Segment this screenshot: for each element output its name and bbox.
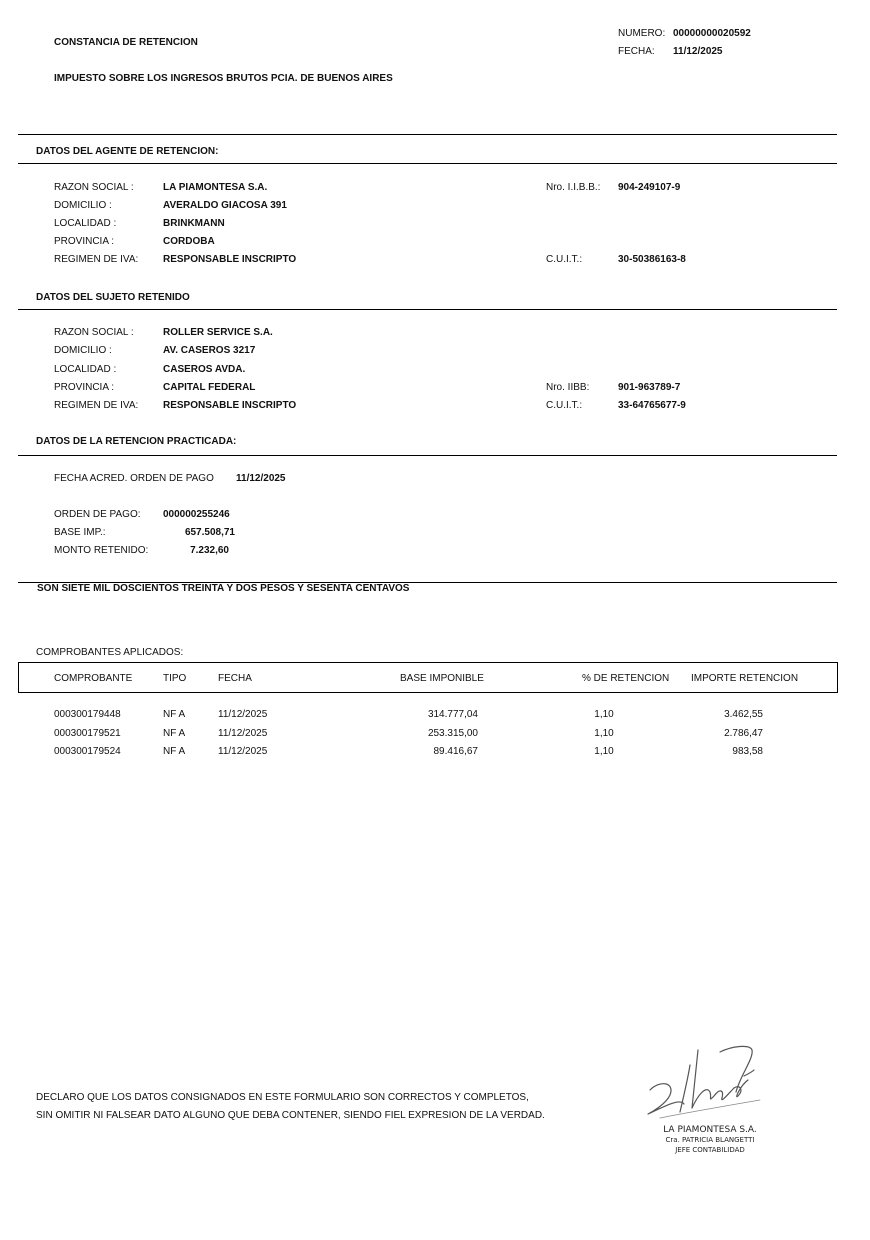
agente-localidad: BRINKMANN	[163, 218, 225, 230]
cell-tipo: NF A	[163, 728, 185, 740]
sujeto-iibb-label: Nro. IIBB:	[546, 382, 589, 394]
col-header-base-imponible: BASE IMPONIBLE	[400, 673, 484, 685]
divider	[18, 163, 837, 164]
cell-tipo: NF A	[163, 746, 185, 758]
document-title: CONSTANCIA DE RETENCION	[54, 37, 198, 49]
monto-retenido-value: 7.232,60	[150, 545, 229, 557]
sujeto-iibb: 901-963789-7	[618, 382, 680, 394]
stamp-company: LA PIAMONTESA S.A.	[650, 1125, 770, 1135]
divider	[18, 134, 837, 135]
divider	[18, 455, 837, 456]
cell-comprobante: 000300179448	[54, 709, 121, 721]
cell-porcentaje: 1,10	[570, 746, 638, 758]
sujeto-section-title: DATOS DEL SUJETO RETENIDO	[36, 292, 190, 304]
sujeto-localidad-label: LOCALIDAD :	[54, 364, 116, 376]
fecha-acred-label: FECHA ACRED. ORDEN DE PAGO	[54, 473, 214, 485]
sujeto-domicilio: AV. CASEROS 3217	[163, 345, 255, 357]
cell-fecha: 11/12/2025	[218, 746, 267, 758]
fecha-label: FECHA:	[618, 46, 655, 58]
agente-regimen-label: REGIMEN DE IVA:	[54, 254, 138, 266]
stamp-name: Cra. PATRICIA BLANGETTI	[650, 1136, 770, 1144]
sujeto-razon-social-label: RAZON SOCIAL :	[54, 327, 134, 339]
sujeto-regimen: RESPONSABLE INSCRIPTO	[163, 400, 296, 412]
agente-cuit-label: C.U.I.T.:	[546, 254, 582, 266]
numero-label: NUMERO:	[618, 28, 665, 40]
declaration-line-2: SIN OMITIR NI FALSEAR DATO ALGUNO QUE DE…	[36, 1110, 545, 1122]
fecha-value: 11/12/2025	[673, 46, 723, 58]
base-imp-label: BASE IMP.:	[54, 527, 106, 539]
sujeto-provincia: CAPITAL FEDERAL	[163, 382, 255, 394]
agente-iibb-label: Nro. I.I.B.B.:	[546, 182, 600, 194]
cell-comprobante: 000300179521	[54, 728, 121, 740]
cell-porcentaje: 1,10	[570, 728, 638, 740]
monto-retenido-label: MONTO RETENIDO:	[54, 545, 148, 557]
signature-icon	[640, 1040, 765, 1125]
sujeto-cuit: 33-64765677-9	[618, 400, 686, 412]
sujeto-domicilio-label: DOMICILIO :	[54, 345, 112, 357]
divider	[18, 309, 837, 310]
agente-iibb: 904-249107-9	[618, 182, 680, 194]
cell-importe: 3.462,55	[680, 709, 763, 721]
document-subtitle: IMPUESTO SOBRE LOS INGRESOS BRUTOS PCIA.…	[54, 73, 393, 85]
cell-comprobante: 000300179524	[54, 746, 121, 758]
base-imp-value: 657.508,71	[150, 527, 235, 539]
retencion-section-title: DATOS DE LA RETENCION PRACTICADA:	[36, 436, 236, 448]
agente-regimen: RESPONSABLE INSCRIPTO	[163, 254, 296, 266]
agente-domicilio-label: DOMICILIO :	[54, 200, 112, 212]
col-header-porcentaje: % DE RETENCION	[582, 673, 669, 685]
sujeto-provincia-label: PROVINCIA :	[54, 382, 114, 394]
cell-tipo: NF A	[163, 709, 185, 721]
col-header-fecha: FECHA	[218, 673, 252, 685]
cell-importe: 2.786,47	[680, 728, 763, 740]
agente-razon-social: LA PIAMONTESA S.A.	[163, 182, 267, 194]
agente-provincia-label: PROVINCIA :	[54, 236, 114, 248]
agente-localidad-label: LOCALIDAD :	[54, 218, 116, 230]
orden-pago-label: ORDEN DE PAGO:	[54, 509, 141, 521]
agente-provincia: CORDOBA	[163, 236, 215, 248]
declaration-line-1: DECLARO QUE LOS DATOS CONSIGNADOS EN EST…	[36, 1092, 529, 1104]
sujeto-cuit-label: C.U.I.T.:	[546, 400, 582, 412]
sujeto-regimen-label: REGIMEN DE IVA:	[54, 400, 138, 412]
cell-base-imponible: 314.777,04	[380, 709, 478, 721]
orden-pago-value: 000000255246	[163, 509, 230, 521]
cell-fecha: 11/12/2025	[218, 728, 267, 740]
col-header-tipo: TIPO	[163, 673, 186, 685]
cell-importe: 983,58	[680, 746, 763, 758]
cell-base-imponible: 253.315,00	[380, 728, 478, 740]
agente-domicilio: AVERALDO GIACOSA 391	[163, 200, 287, 212]
cell-porcentaje: 1,10	[570, 709, 638, 721]
sujeto-razon-social: ROLLER SERVICE S.A.	[163, 327, 273, 339]
sujeto-localidad: CASEROS AVDA.	[163, 364, 245, 376]
comprobantes-section-title: COMPROBANTES APLICADOS:	[36, 647, 183, 659]
cell-base-imponible: 89.416,67	[380, 746, 478, 758]
stamp-role: JEFE CONTABILIDAD	[650, 1146, 770, 1154]
amount-in-words: SON SIETE MIL DOSCIENTOS TREINTA Y DOS P…	[37, 583, 409, 595]
cell-fecha: 11/12/2025	[218, 709, 267, 721]
agente-cuit: 30-50386163-8	[618, 254, 686, 266]
col-header-importe: IMPORTE RETENCION	[691, 673, 798, 685]
numero-value: 00000000020592	[673, 28, 751, 40]
col-header-comprobante: COMPROBANTE	[54, 673, 132, 685]
agente-razon-social-label: RAZON SOCIAL :	[54, 182, 134, 194]
agente-section-title: DATOS DEL AGENTE DE RETENCION:	[36, 146, 218, 158]
fecha-acred-value: 11/12/2025	[236, 473, 286, 485]
